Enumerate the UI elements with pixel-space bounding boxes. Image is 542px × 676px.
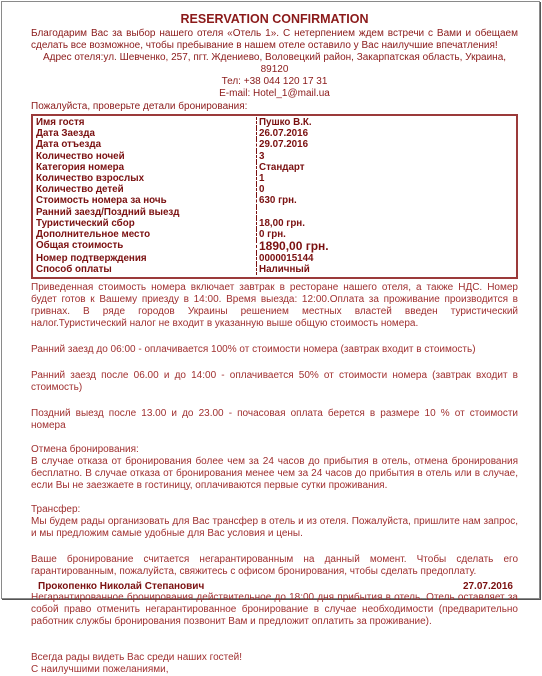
detail-label: Дата отъезда bbox=[36, 139, 256, 150]
detail-value: 0000015144 bbox=[256, 253, 513, 264]
cancel-text: В случае отказа от бронирования более че… bbox=[31, 456, 518, 492]
hotel-phone: Тел: +38 044 120 17 31 bbox=[31, 76, 518, 88]
intro-text: Благодарим Вас за выбор нашего отеля «От… bbox=[31, 28, 518, 52]
detail-row: Общая стоимость1890,00 грн. bbox=[36, 240, 513, 253]
hotel-email[interactable]: E-mail: Hotel_1@mail.ua bbox=[31, 88, 518, 100]
detail-row: Стоимость номера за ночь630 грн. bbox=[36, 195, 513, 206]
detail-label: Количество взрослых bbox=[36, 173, 256, 184]
detail-row: Номер подтверждения0000015144 bbox=[36, 253, 513, 264]
transfer-text: Мы будем рады организовать для Вас транс… bbox=[31, 516, 518, 540]
detail-value: 1 bbox=[256, 173, 513, 184]
document-content: RESERVATION CONFIRMATION Благодарим Вас … bbox=[31, 2, 518, 600]
detail-row: Дата Заезда26.07.2016 bbox=[36, 128, 513, 139]
detail-row: Имя гостяПушко В.К. bbox=[36, 117, 513, 128]
early-checkin-rule-2: Ранний заезд после 06.00 и до 14:00 - оп… bbox=[31, 370, 518, 394]
detail-row: Категория номераСтандарт bbox=[36, 162, 513, 173]
detail-label: Дополнительное место bbox=[36, 229, 256, 240]
detail-value: Стандарт bbox=[256, 162, 513, 173]
price-note: Приведенная стоимость номера включает за… bbox=[31, 282, 518, 330]
nonguarantee-text: Негарантированное бронирования действите… bbox=[31, 592, 518, 600]
page-title: RESERVATION CONFIRMATION bbox=[31, 12, 518, 27]
detail-row: Количество детей0 bbox=[36, 184, 513, 195]
detail-value: 1890,00 грн. bbox=[256, 240, 513, 253]
detail-value bbox=[256, 207, 513, 218]
detail-value: 3 bbox=[256, 151, 513, 162]
detail-label: Номер подтверждения bbox=[36, 253, 256, 264]
transfer-title: Трансфер: bbox=[31, 504, 518, 516]
detail-label: Способ оплаты bbox=[36, 264, 256, 275]
cancel-title: Отмена бронирования: bbox=[31, 444, 518, 456]
detail-value: 29.07.2016 bbox=[256, 139, 513, 150]
detail-label: Имя гостя bbox=[36, 117, 256, 128]
signature-footer: Прокопенко Николай Степанович 27.07.2016 bbox=[38, 581, 513, 592]
detail-label: Категория номера bbox=[36, 162, 256, 173]
detail-value: 26.07.2016 bbox=[256, 128, 513, 139]
check-details-label: Пожалуйста, проверьте детали бронировани… bbox=[31, 101, 518, 113]
detail-row: Количество взрослых1 bbox=[36, 173, 513, 184]
detail-label: Стоимость номера за ночь bbox=[36, 195, 256, 206]
late-checkout-rule: Поздний выезд после 13.00 и до 23.00 - п… bbox=[31, 408, 518, 432]
booking-details-table: Имя гостяПушко В.К.Дата Заезда26.07.2016… bbox=[31, 114, 518, 279]
detail-row: Количество ночей3 bbox=[36, 151, 513, 162]
detail-value: Наличный bbox=[256, 264, 513, 275]
detail-label: Дата Заезда bbox=[36, 128, 256, 139]
detail-row: Способ оплатыНаличный bbox=[36, 264, 513, 275]
signer-name: Прокопенко Николай Степанович bbox=[38, 581, 204, 592]
early-checkin-rule-1: Ранний заезд до 06:00 - оплачивается 100… bbox=[31, 344, 518, 356]
detail-label: Количество детей bbox=[36, 184, 256, 195]
detail-label: Туристический сбор bbox=[36, 218, 256, 229]
detail-row: Туристический сбор18,00 грн. bbox=[36, 218, 513, 229]
detail-value: 630 грн. bbox=[256, 195, 513, 206]
detail-label: Ранний заезд/Поздний выезд bbox=[36, 207, 256, 218]
detail-row: Дата отъезда29.07.2016 bbox=[36, 139, 513, 150]
detail-value: 18,00 грн. bbox=[256, 218, 513, 229]
signature-date: 27.07.2016 bbox=[463, 581, 513, 592]
document-page: RESERVATION CONFIRMATION Благодарим Вас … bbox=[1, 1, 540, 599]
detail-label: Количество ночей bbox=[36, 151, 256, 162]
guarantee-text: Ваше бронирование считается негарантиров… bbox=[31, 554, 518, 578]
hotel-address: Адрес отеля:ул. Шевченко, 257, пгт. Жден… bbox=[31, 52, 518, 76]
detail-label: Общая стоимость bbox=[36, 240, 256, 253]
detail-row: Ранний заезд/Поздний выезд bbox=[36, 207, 513, 218]
detail-value: Пушко В.К. bbox=[256, 117, 513, 128]
detail-value: 0 bbox=[256, 184, 513, 195]
